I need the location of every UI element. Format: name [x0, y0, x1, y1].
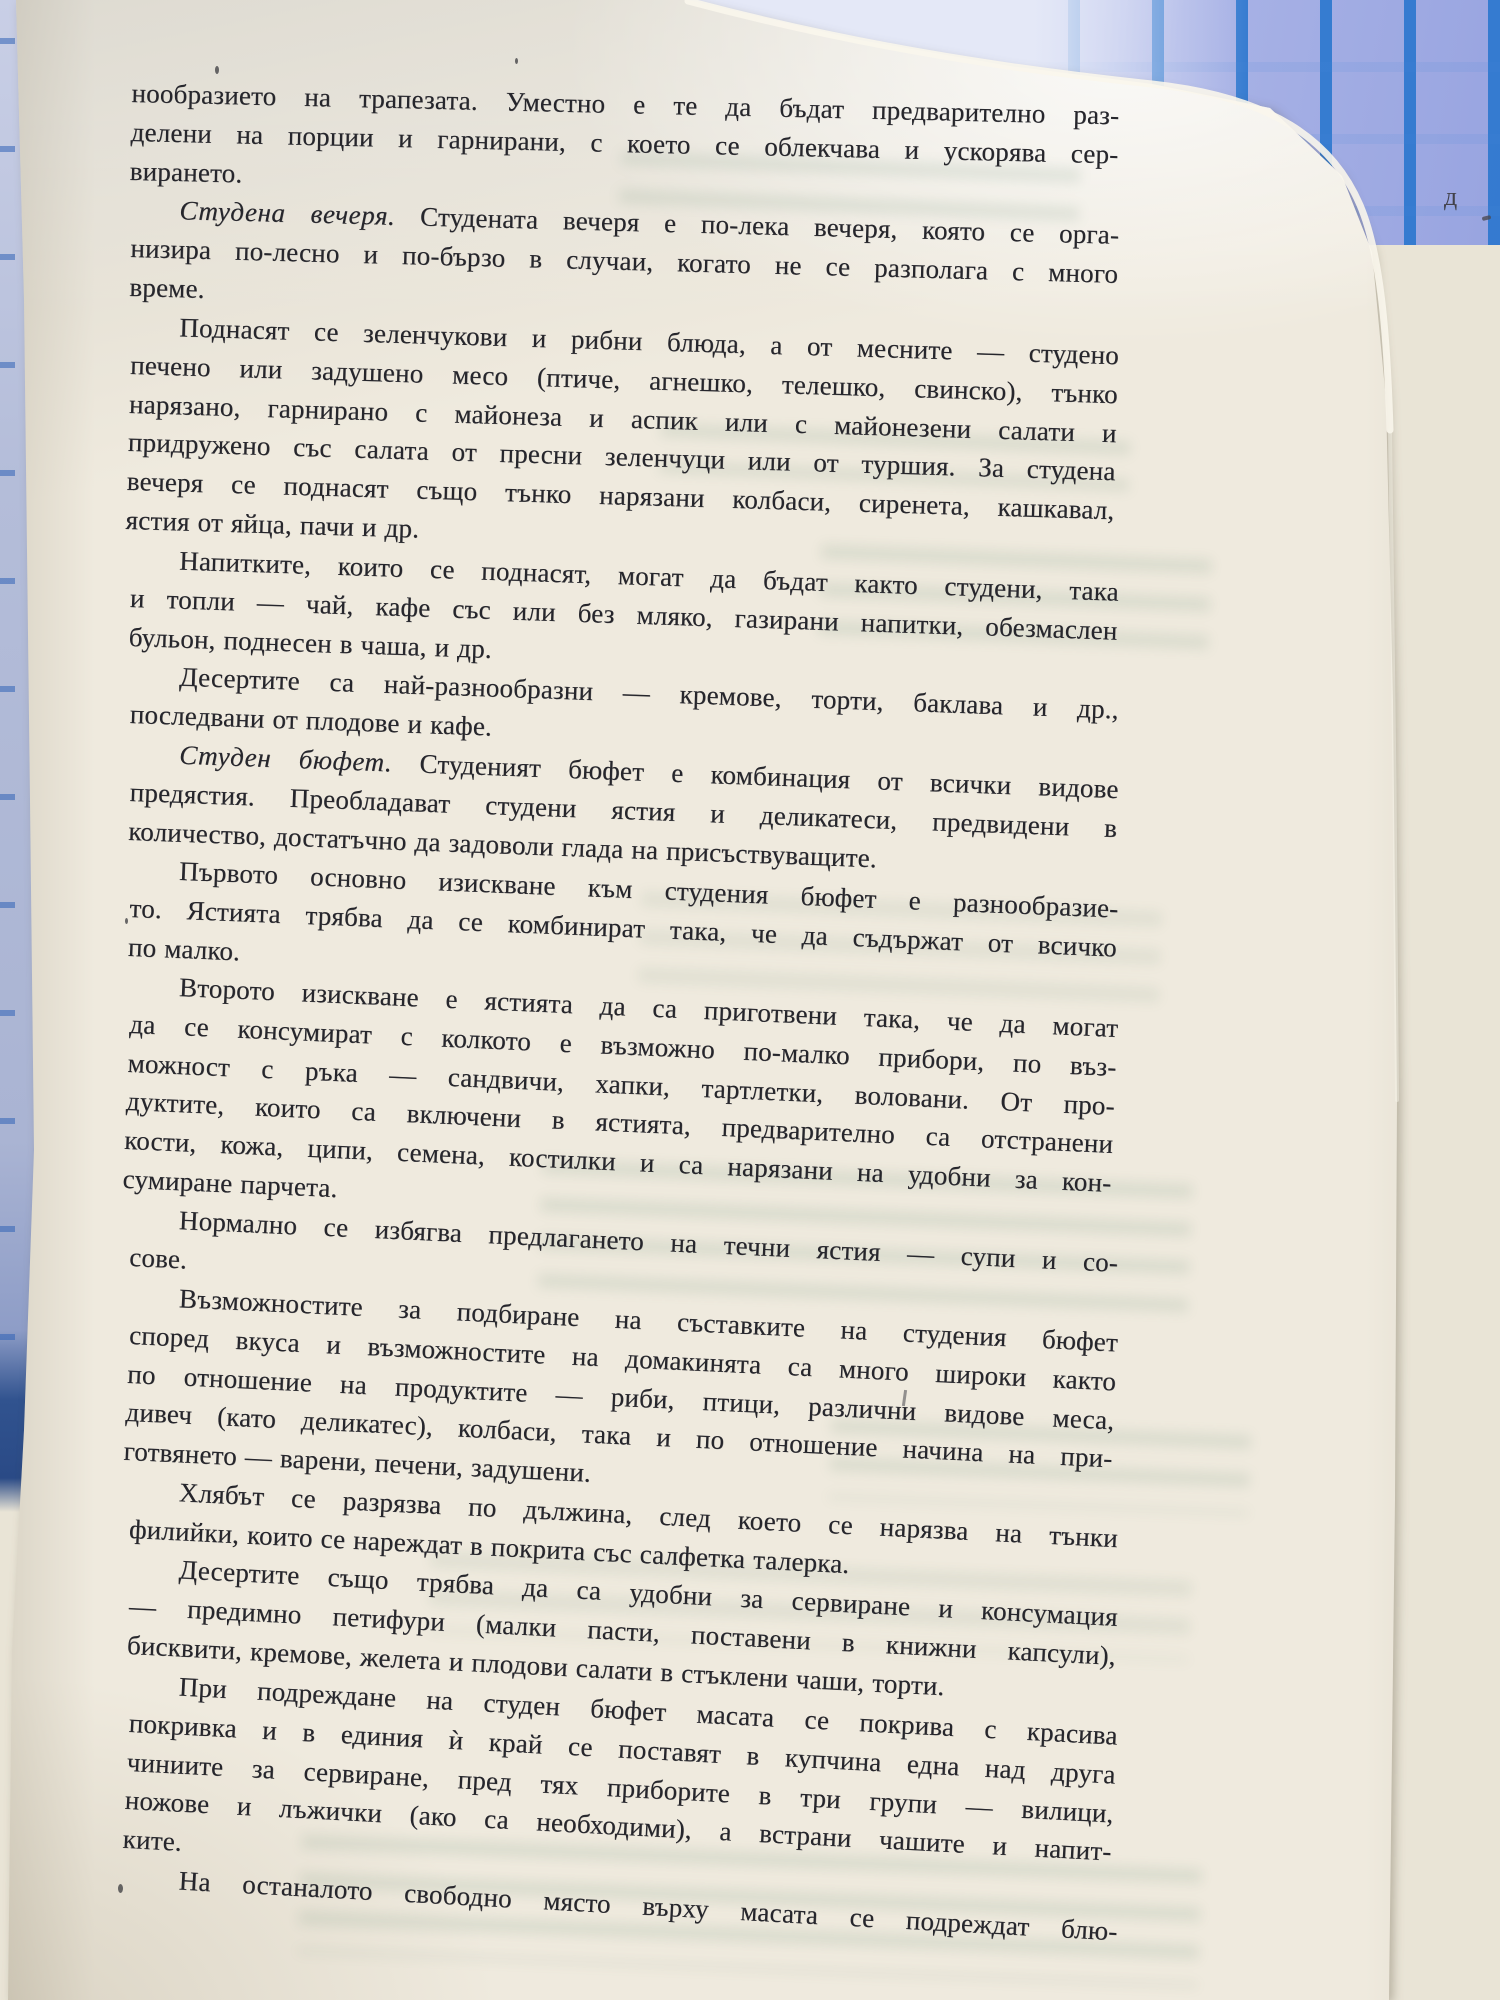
book-page-wrap: нообразието на трапезата. Уместно е те д…	[0, 0, 1500, 2000]
paragraph: нообразието на трапезата. Уместно е те д…	[129, 74, 1119, 213]
book-page: нообразието на трапезата. Уместно е те д…	[0, 0, 1500, 2000]
dust-speck	[515, 58, 518, 64]
photo-of-book-page: д нообразието на трапезата. Уместно е те…	[0, 0, 1500, 2000]
italic-lead: Студен бюфет.	[179, 739, 393, 777]
paragraph: Поднасят се зеленчукови и рибни блюда, а…	[125, 307, 1119, 569]
italic-lead: Студена вечеря.	[179, 196, 396, 232]
dust-speck	[118, 1884, 123, 1893]
paragraph: Второто изискване е ястията да са пригот…	[122, 966, 1119, 1242]
dust-speck	[125, 918, 128, 924]
page-text: нообразието на трапезата. Уместно е те д…	[132, 74, 1120, 1897]
dust-speck	[215, 66, 219, 74]
